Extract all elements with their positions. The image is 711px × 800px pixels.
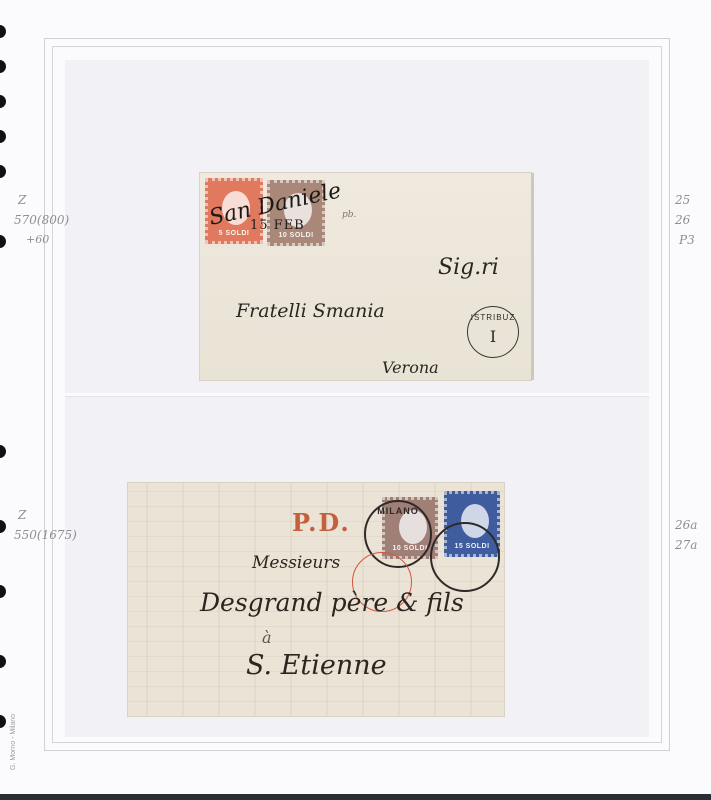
right-note-1: 25 26 P3 (675, 190, 695, 250)
left-note-2: Z 550(1675) (14, 505, 77, 545)
binder-hole (0, 130, 6, 143)
binder-hole (0, 165, 6, 178)
distribution-cancel: ISTRIBUZ I (467, 306, 519, 358)
album-publisher-credit: G. Morno - Milano (10, 714, 17, 770)
binder-hole (0, 60, 6, 73)
binder-hole (0, 715, 6, 728)
left-note-1: Z 570(800) +60 (14, 190, 69, 250)
paid-mark: P.D. (292, 508, 351, 537)
right-note-2: 26a 27a (675, 515, 697, 555)
binder-hole (0, 445, 6, 458)
cancel-date: 15 FEB (250, 218, 305, 233)
address-line-1: Sig.ri (438, 255, 499, 280)
address-line-3: Verona (382, 358, 439, 377)
address-line-2: Fratelli Smania (236, 300, 385, 322)
scan-edge (0, 794, 711, 800)
milano-cancel-2 (430, 522, 500, 592)
address-line-2: Desgrand père & fils (200, 588, 464, 617)
binder-hole (0, 655, 6, 668)
pencil-mark: pb. (342, 205, 356, 225)
address-line-3: à (262, 628, 272, 647)
binder-hole (0, 585, 6, 598)
binder-hole (0, 95, 6, 108)
address-line-1: Messieurs (252, 553, 340, 573)
binder-hole (0, 235, 6, 248)
address-line-4: S. Etienne (246, 650, 387, 681)
binder-hole (0, 520, 6, 533)
binder-hole (0, 25, 6, 38)
